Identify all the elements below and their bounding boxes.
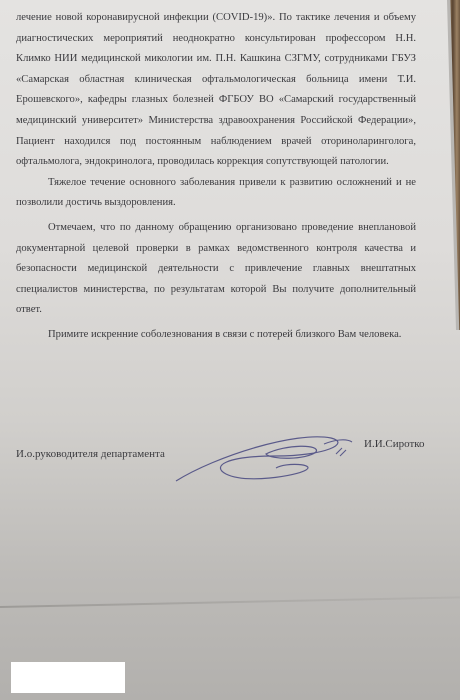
text-line: лечение новой коронавирусной инфекции (C… [16, 12, 334, 23]
paragraph-inspection: Отмечаем, что по данному обращению орган… [16, 218, 416, 321]
paragraph-treatment: лечение новой коронавирусной инфекции (C… [16, 8, 416, 173]
text-line: Отмечаем, что по данному обращению орган… [48, 222, 358, 233]
text-line: медицинский университет» Министерства зд… [16, 115, 358, 126]
text-line: кафедры глазных болезней ФГБОУ ВО «Самар… [88, 94, 416, 105]
text-line: Примите искренние соболезнования в связи… [48, 329, 359, 340]
handwritten-signature-icon [156, 426, 356, 486]
text-line: человека. [359, 329, 402, 340]
paragraph-condolences: Примите искренние соболезнования в связи… [16, 325, 416, 346]
signatory-name: И.И.Сиротко [364, 438, 425, 450]
letter-body: лечение новой коронавирусной инфекции (C… [16, 8, 416, 346]
redacted-area [11, 662, 125, 693]
position-title: И.о.руководителя департамента [16, 448, 165, 460]
text-line: Тяжелое течение основного заболевания пр… [48, 177, 337, 188]
paragraph-outcome: Тяжелое течение основного заболевания пр… [16, 173, 416, 214]
text-line: коррекция сопутствующей патологии. [217, 156, 389, 167]
signature-block: И.о.руководителя департамента И.И.Сиротк… [16, 438, 416, 478]
